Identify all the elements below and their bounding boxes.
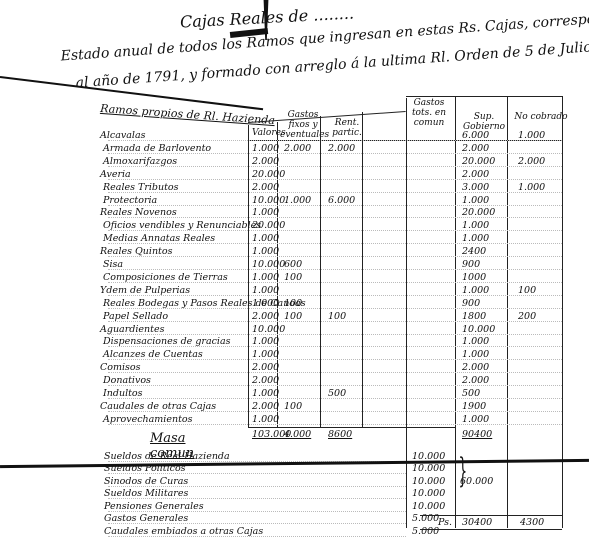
grand-total-bottom-rule: [420, 529, 562, 530]
cell-gastos-fijos: 100: [284, 311, 302, 322]
grid-line: [320, 116, 321, 427]
cell-sup-gobierno: 10.000: [462, 324, 495, 335]
row-label: Reales Quintos: [100, 246, 172, 257]
cell-sup-gobierno: 1.000: [462, 195, 489, 206]
cell-sup-gobierno: 2.000: [462, 375, 489, 386]
cell-no-cobrado: 1.000: [518, 182, 545, 193]
row-label: Caudales de otras Cajas: [100, 401, 216, 412]
cell-sup-gobierno: 1900: [462, 401, 486, 412]
bracket-icon: }: [458, 451, 467, 491]
cell-sup-gobierno: 2.000: [462, 362, 489, 373]
cell-valores: 1.000: [252, 207, 279, 218]
cell-sup-gobierno: 2.000: [462, 143, 489, 154]
cell-sup-gobierno: 500: [462, 388, 480, 399]
row-label: Aguardientes: [100, 324, 164, 335]
masa-comun-gastos-comun: 10.000: [412, 488, 445, 499]
cell-sup-gobierno: 6.000: [462, 130, 489, 141]
row-label: Armada de Barlovento: [103, 143, 211, 154]
grid-line: [507, 96, 508, 528]
cell-gastos-fijos: 100: [284, 401, 302, 412]
cell-sup-gobierno: 3.000: [462, 182, 489, 193]
row-label: Protectoria: [103, 195, 157, 206]
row-label: Averia: [100, 169, 131, 180]
grand-total-sup-gobierno: 30400: [462, 517, 492, 528]
cell-no-cobrado: 1.000: [518, 130, 545, 141]
cell-valores: 2.000: [252, 375, 279, 386]
cell-sup-gobierno: 2.000: [462, 169, 489, 180]
grand-total-rule: [420, 515, 562, 516]
cell-valores: 1.000: [252, 336, 279, 347]
cell-valores: 1.000: [252, 246, 279, 257]
grand-total-no-cobrado: 4300: [520, 517, 544, 528]
cell-valores: 10.000: [252, 324, 285, 335]
cell-valores: 2.000: [252, 362, 279, 373]
row-label: Alcavalas: [100, 130, 146, 141]
masa-comun-gastos-comun: 10.000: [412, 476, 445, 487]
cell-sup-gobierno: 1.000: [462, 285, 489, 296]
row-label: Alcanzes de Cuentas: [103, 349, 203, 360]
cell-valores: 1.000: [252, 414, 279, 425]
cell-valores: 2.000: [252, 401, 279, 412]
row-label: Composiciones de Tierras: [103, 272, 228, 283]
grid-line: [562, 96, 563, 528]
cell-sup-gobierno: 1.000: [462, 220, 489, 231]
row-label: Medias Annatas Reales: [103, 233, 215, 244]
cell-gastos-fijos: 100: [284, 272, 302, 283]
grand-total-label: Ps.: [438, 517, 452, 528]
row-label: Ydem de Pulperias: [100, 285, 190, 296]
subtotal-rule: [248, 427, 455, 428]
row-label: Oficios vendibles y Renunciables: [103, 220, 261, 231]
cell-sup-gobierno: 900: [462, 298, 480, 309]
row-guide: [108, 140, 562, 141]
row-guide: [108, 372, 562, 373]
cell-valores: 20.000: [252, 220, 285, 231]
row-label: Almoxarifazgos: [103, 156, 177, 167]
row-guide: [108, 511, 406, 512]
cell-sup-gobierno: 20.000: [462, 156, 495, 167]
row-label: Comisos: [100, 362, 141, 373]
row-guide: [108, 498, 406, 499]
cell-valores: 2.000: [252, 156, 279, 167]
cell-sup-gobierno: 1800: [462, 311, 486, 322]
cell-sup-gobierno: 1.000: [462, 336, 489, 347]
cell-gastos-fijos: 600: [284, 259, 302, 270]
header-top-rule: [406, 96, 562, 97]
cell-valores: 1.000: [252, 233, 279, 244]
cell-rent-part: 100: [328, 311, 346, 322]
masa-comun-gastos-comun: 5.000: [412, 526, 439, 537]
cell-rent-part: 2.000: [328, 143, 355, 154]
cell-sup-gobierno: 2400: [462, 246, 486, 257]
cell-no-cobrado: 2.000: [518, 156, 545, 167]
document-title-block: Cajas Reales de ........ Estado anual de…: [0, 0, 589, 100]
cell-valores: 1.000: [252, 272, 279, 283]
subtotal-gastos-fijos: 4.000: [284, 429, 311, 440]
cell-gastos-fijos: 100: [284, 298, 302, 309]
row-guide: [108, 473, 406, 474]
header-sup-gobierno: Sup. Gobierno: [458, 112, 510, 132]
cell-rent-part: 500: [328, 388, 346, 399]
row-label: Donativos: [103, 375, 151, 386]
masa-comun-gastos-comun: 10.000: [412, 501, 445, 512]
cell-valores: 2.000: [252, 182, 279, 193]
row-label: Papel Sellado: [103, 311, 168, 322]
cell-valores: 10.000: [252, 259, 285, 270]
cell-valores: 1.000: [252, 298, 279, 309]
cell-gastos-fijos: 2.000: [284, 143, 311, 154]
cell-gastos-fijos: 1.000: [284, 195, 311, 206]
row-label: Dispensaciones de gracias: [103, 336, 231, 347]
header-gastos-comun: Gastos tots. en comun: [405, 98, 453, 128]
cell-valores: 1.000: [252, 143, 279, 154]
cell-rent-part: 6.000: [328, 195, 355, 206]
row-label: Aprovechamientos: [103, 414, 193, 425]
cell-sup-gobierno: 1.000: [462, 414, 489, 425]
cell-valores: 10.000: [252, 195, 285, 206]
row-guide: [108, 269, 562, 270]
cell-sup-gobierno: 900: [462, 259, 480, 270]
subtotal-rent-part: 8600: [328, 429, 352, 440]
subtotal-sup-gobierno: 90400: [462, 429, 492, 440]
header-valores: Valores: [252, 128, 278, 138]
grid-line: [248, 125, 249, 427]
row-label: Indultos: [103, 388, 143, 399]
row-guide: [108, 256, 562, 257]
cell-valores: 20.000: [252, 169, 285, 180]
cell-no-cobrado: 200: [518, 311, 536, 322]
cell-valores: 2.000: [252, 311, 279, 322]
cell-valores: 1.000: [252, 349, 279, 360]
row-label: Reales Tributos: [103, 182, 179, 193]
row-guide: [108, 523, 406, 524]
row-label: Sisa: [103, 259, 123, 270]
row-guide: [108, 385, 562, 386]
cell-sup-gobierno: 20.000: [462, 207, 495, 218]
cell-sup-gobierno: 1000: [462, 272, 486, 283]
masa-comun-gastos-comun: 10.000: [412, 463, 445, 474]
cell-no-cobrado: 100: [518, 285, 536, 296]
cell-sup-gobierno: 1.000: [462, 233, 489, 244]
cell-sup-gobierno: 1.000: [462, 349, 489, 360]
row-guide: [108, 179, 562, 180]
row-label: Reales Novenos: [100, 207, 177, 218]
cell-valores: 1.000: [252, 285, 279, 296]
row-guide: [108, 486, 406, 487]
cell-valores: 1.000: [252, 388, 279, 399]
